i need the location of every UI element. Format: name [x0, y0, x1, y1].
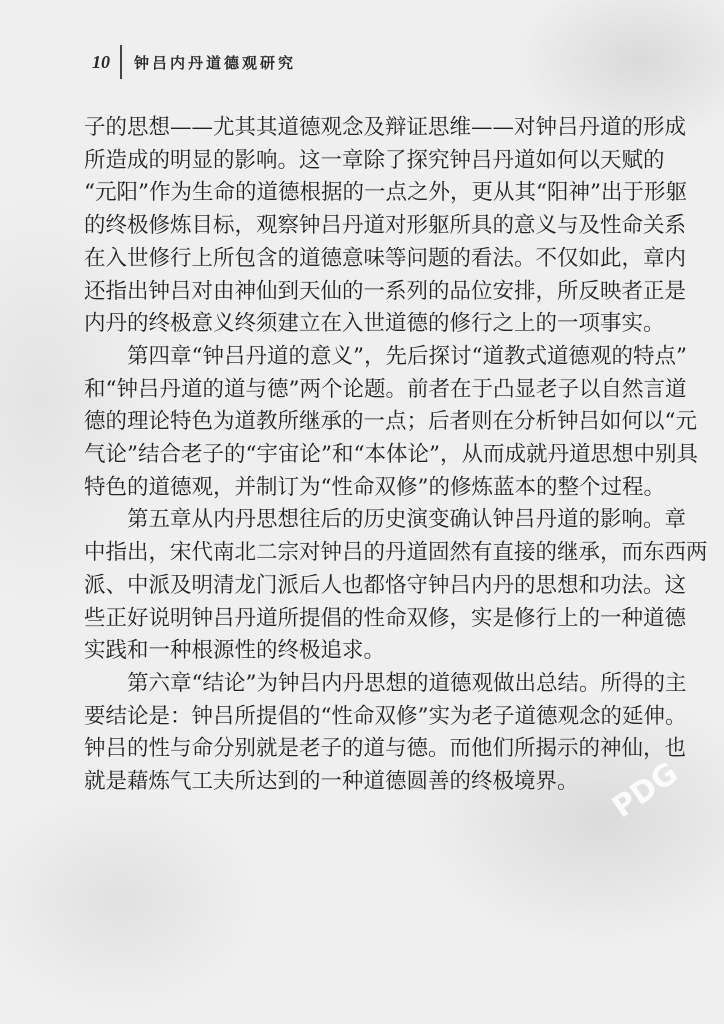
text-line: 第四章“钟吕丹道的意义”，先后探讨“道教式道德观的特点”: [84, 341, 654, 374]
text-line: 些正好说明钟吕丹道所提倡的性命双修，实是修行上的一种道德: [84, 603, 654, 636]
page-number: 10: [92, 52, 120, 73]
text-line: “元阳”作为生命的道德根据的一点之外，更从其“阳神”出于形躯: [84, 177, 654, 210]
text-line: 第六章“结论”为钟吕内丹思想的道德观做出总结。所得的主: [84, 668, 654, 701]
paragraph-3: 第五章从内丹思想往后的历史演变确认钟吕丹道的影响。章 中指出，宋代南北二宗对钟吕…: [84, 504, 654, 668]
paragraph-1: 子的思想——尤其其道德观念及辩证思维——对钟吕丹道的形成 所造成的明显的影响。这…: [84, 112, 654, 341]
text-line: 德的理论特色为道教所继承的一点；后者则在分析钟吕如何以“元: [84, 406, 654, 439]
text-line: 内丹的终极意义终须建立在入世道德的修行之上的一项事实。: [84, 308, 654, 341]
text-line: 在入世修行上所包含的道德意味等问题的看法。不仅如此，章内: [84, 243, 654, 276]
paragraph-2: 第四章“钟吕丹道的意义”，先后探讨“道教式道德观的特点” 和“钟吕丹道的道与德”…: [84, 341, 654, 505]
text-line: 还指出钟吕对由神仙到天仙的一系列的品位安排，所反映者正是: [84, 276, 654, 309]
text-line: 的终极修炼目标，观察钟吕丹道对形躯所具的意义与及性命关系: [84, 210, 654, 243]
text-line: 气论”结合老子的“宇宙论”和“本体论”，从而成就丹道思想中别具: [84, 439, 654, 472]
running-header: 10 钟吕内丹道德观研究: [92, 44, 296, 80]
text-line: 子的思想——尤其其道德观念及辩证思维——对钟吕丹道的形成: [84, 112, 654, 145]
body-text: 子的思想——尤其其道德观念及辩证思维——对钟吕丹道的形成 所造成的明显的影响。这…: [84, 112, 654, 799]
text-line: 实践和一种根源性的终极追求。: [84, 635, 654, 668]
header-divider: [120, 45, 122, 79]
text-line: 中指出，宋代南北二宗对钟吕的丹道固然有直接的继承，而东西两: [84, 537, 654, 570]
text-line: 要结论是：钟吕所提倡的“性命双修”实为老子道德观念的延伸。: [84, 701, 654, 734]
running-title: 钟吕内丹道德观研究: [134, 52, 296, 73]
text-line: 和“钟吕丹道的道与德”两个论题。前者在于凸显老子以自然言道: [84, 374, 654, 407]
text-line: 所造成的明显的影响。这一章除了探究钟吕丹道如何以天赋的: [84, 145, 654, 178]
book-page: 10 钟吕内丹道德观研究 子的思想——尤其其道德观念及辩证思维——对钟吕丹道的形…: [0, 0, 724, 1024]
text-line: 第五章从内丹思想往后的历史演变确认钟吕丹道的影响。章: [84, 504, 654, 537]
text-line: 派、中派及明清龙门派后人也都恪守钟吕内丹的思想和功法。这: [84, 570, 654, 603]
text-line: 特色的道德观，并制订为“性命双修”的修炼蓝本的整个过程。: [84, 472, 654, 505]
